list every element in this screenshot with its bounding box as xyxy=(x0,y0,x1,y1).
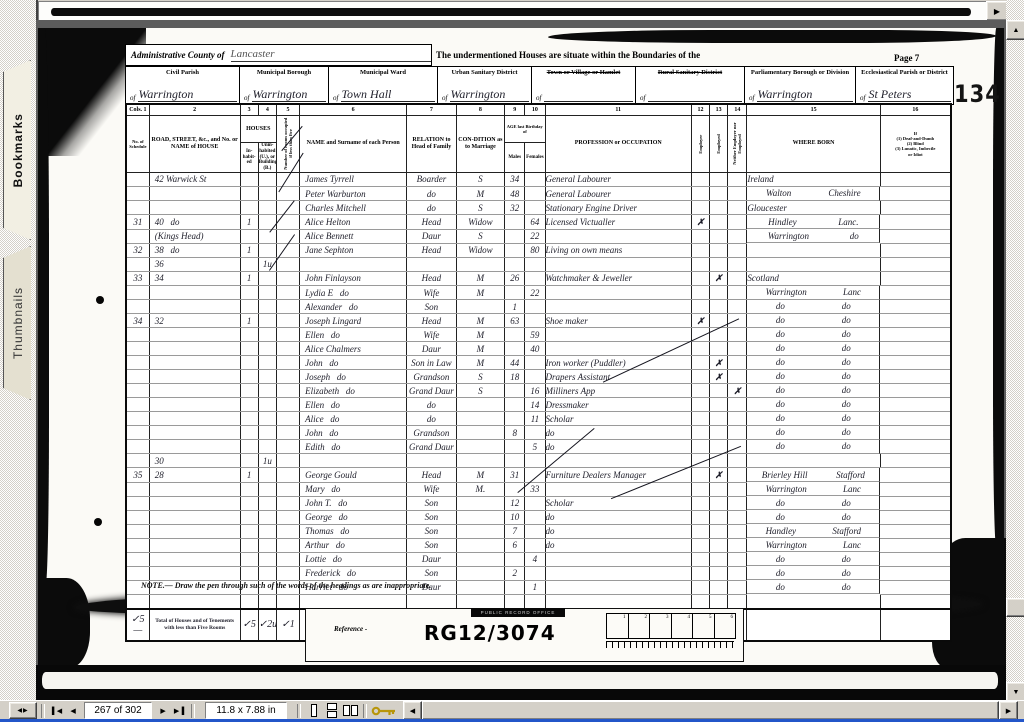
census-row: Alexander doSon1dodo xyxy=(126,300,951,314)
divider xyxy=(191,704,195,718)
census-row: Charles MitchelldoS32Stationary Engine D… xyxy=(126,201,951,215)
public-record-office-bar: PUBLIC RECORD OFFICE xyxy=(471,608,565,617)
ruler-ticks xyxy=(606,641,734,654)
boundary-note: The undermentioned Houses are situate wi… xyxy=(436,50,700,60)
header-employed: Employed xyxy=(710,116,728,173)
tab-bookmarks-label: Bookmarks xyxy=(11,113,25,187)
single-page-view-button[interactable] xyxy=(305,703,323,719)
scroll-right-button[interactable]: ▶ xyxy=(986,1,1008,21)
census-row: Alice ChalmersDaurM40dodo xyxy=(126,342,951,356)
census-row: Peter WarburtondoM48General LabourerWalt… xyxy=(126,186,951,201)
district-box: Parliamentary Borough or DivisionofWarri… xyxy=(745,67,856,104)
header-females: Females xyxy=(525,143,545,173)
district-box: Municipal BoroughofWarrington xyxy=(240,67,329,104)
district-box: Town or Village or Hamletof xyxy=(532,67,636,104)
census-table: Cols. 12345678910111213141516 No. of Sch… xyxy=(125,103,952,642)
census-row: Ellen dodo14Dressmakerdodo xyxy=(126,398,951,412)
first-page-button[interactable]: ▌◀ xyxy=(49,703,65,719)
census-row: 42 Warwick StJames TyrrellBoarderS34Gene… xyxy=(126,172,951,186)
previous-page-button[interactable]: ◀ xyxy=(65,703,81,719)
ruler-cell: 5 xyxy=(693,614,715,638)
header-employer: Employer xyxy=(691,116,709,173)
vertical-scroll-thumb[interactable] xyxy=(1006,598,1024,617)
navigation-sidebar: Bookmarks Thumbnails xyxy=(0,0,38,700)
ruler-cell: 4 xyxy=(672,614,694,638)
census-row: Frederick doSon2dodo xyxy=(126,566,951,580)
security-key-icon xyxy=(371,705,397,717)
next-page-edge xyxy=(36,665,1006,700)
next-page-paper xyxy=(42,672,998,689)
vertical-scrollbar[interactable]: ▲ ▼ xyxy=(1006,20,1024,700)
census-row: Edith doGrand Daur5dododo xyxy=(126,440,951,454)
header-occupation: PROFESSION or OCCUPATION xyxy=(545,116,691,173)
scroll-down-button[interactable]: ▼ xyxy=(1006,682,1024,702)
header-relation: RELATION to Head of Family xyxy=(407,116,456,173)
ruler-cell: 6 xyxy=(715,614,736,638)
divider xyxy=(297,704,301,718)
top-strip: ▶ xyxy=(0,0,1024,20)
census-row: John doGrandson8dododo xyxy=(126,426,951,440)
census-row: Lottie doDaur4dodo xyxy=(126,552,951,566)
ruler-cell: 2 xyxy=(629,614,651,638)
horizontal-scrollbar[interactable]: ◀ ▶ xyxy=(403,702,1018,719)
district-box: Ecclesiastical Parish or DistrictofSt Pe… xyxy=(856,67,953,104)
census-row xyxy=(126,594,951,609)
status-bar: ◀▶ ▌◀ ◀ 267 of 302 ▶ ▶▐ 11.8 x 7.88 in ◀… xyxy=(0,700,1024,720)
continuous-icon xyxy=(327,703,337,718)
header-infirm: If (1) Deaf-and-Dumb (2) Blind (3) Lunat… xyxy=(880,116,951,173)
header-condition: CON-DITION as to Marriage xyxy=(456,116,504,173)
pane-splitter-button[interactable]: ◀▶ xyxy=(9,702,37,719)
census-row: Elizabeth doGrand DaurS16Milliners App✗d… xyxy=(126,384,951,398)
tab-thumbnails-label: Thumbnails xyxy=(11,287,25,359)
census-row: 3238 do1Jane SephtonHeadWidow80Living on… xyxy=(126,243,951,257)
county-value: Lancaster xyxy=(231,48,431,62)
ruler-cell: 1 xyxy=(607,614,629,638)
district-box: Municipal WardofTown Hall xyxy=(329,67,438,104)
header-uninhabited: Unin-habited (U.), or Building (B.) xyxy=(258,143,276,173)
reference-label: Reference - xyxy=(334,625,367,633)
census-row: 361u xyxy=(126,257,951,271)
header-males: Males xyxy=(505,143,525,173)
scrollbar-corner xyxy=(1006,0,1024,20)
census-row: John T. doSon12Scholardodo xyxy=(126,496,951,510)
census-row: Arthur doSon6doWarringtonLanc xyxy=(126,538,951,552)
census-row: Thomas doSon7doHandleyStafford xyxy=(126,524,951,538)
census-row: Lydia E doWifeM22WarringtonLanc xyxy=(126,285,951,300)
administrative-county: Administrative County of Lancaster xyxy=(125,44,432,66)
county-label: Administrative County of xyxy=(131,50,225,60)
hole-punch xyxy=(96,296,104,304)
header-schedule: No. of Schedule xyxy=(126,116,149,173)
continuous-view-button[interactable] xyxy=(323,703,341,719)
reference-number: RG12/3074 xyxy=(424,621,556,645)
census-row: 301u xyxy=(126,454,951,468)
hole-punch xyxy=(94,518,102,526)
census-row: Ellen doWifeM59dodo xyxy=(126,328,951,342)
page-number-label: Page 7 xyxy=(894,53,919,63)
scroll-left-button[interactable]: ◀ xyxy=(403,701,422,720)
header-neither: Neither Employer nor Employed xyxy=(728,116,747,173)
scroll-right-button[interactable]: ▶ xyxy=(999,701,1018,720)
previous-page-edge xyxy=(38,1,987,21)
census-row: Alice dodo11Scholardodo xyxy=(126,412,951,426)
census-row: 34321Joseph LingardHeadM63Shoe maker✗dod… xyxy=(126,314,951,328)
header-age: AGE last Birthday of xyxy=(505,116,545,143)
header-houses: HOUSES xyxy=(240,116,276,143)
next-page-button[interactable]: ▶ xyxy=(155,703,171,719)
horizontal-scroll-thumb[interactable] xyxy=(422,701,999,720)
census-row: John doSon in LawM44Iron worker (Puddler… xyxy=(126,356,951,370)
scroll-up-button[interactable]: ▲ xyxy=(1006,20,1024,40)
scan-border-bottom-left xyxy=(38,578,90,668)
continuous-facing-view-button[interactable] xyxy=(341,703,359,719)
document-pane: Administrative County of Lancaster The u… xyxy=(36,20,1006,700)
header-name: NAME and Surname of each Person xyxy=(300,116,407,173)
page-indicator[interactable]: 267 of 302 xyxy=(84,702,152,719)
last-page-button[interactable]: ▶▐ xyxy=(171,703,187,719)
tab-thumbnails[interactable]: Thumbnails xyxy=(3,246,31,400)
single-page-icon xyxy=(311,704,317,717)
header-road: ROAD, STREET, &c., and No. or NAME of HO… xyxy=(149,116,240,173)
column-numbers-row: Cols. 12345678910111213141516 xyxy=(126,104,951,116)
page-size-indicator: 11.8 x 7.88 in xyxy=(205,702,287,719)
folio-stamp: 134 xyxy=(954,80,1001,108)
census-row: (Kings Head)Alice BennettDaurS22Warringt… xyxy=(126,229,951,243)
divider xyxy=(363,704,367,718)
census-row: 33341John FinlaysonHeadM26Watchmaker & J… xyxy=(126,271,951,285)
census-row: George doSon10dododo xyxy=(126,510,951,524)
district-box: Rural Sanitary Districtof xyxy=(636,67,745,104)
census-row: Mary doWifeM.33WarringtonLanc xyxy=(126,482,951,496)
reference-strip: PUBLIC RECORD OFFICE Reference - RG12/30… xyxy=(305,608,744,662)
tab-bookmarks[interactable]: Bookmarks xyxy=(3,60,31,240)
scan-border-left xyxy=(38,28,49,584)
district-box: Civil ParishofWarrington xyxy=(126,67,240,104)
census-row: Joseph doGrandsonS18Drapers Assistant✗do… xyxy=(126,370,951,384)
ruler-boxes: 123456 xyxy=(606,613,736,639)
form-footnote: NOTE.— Draw the pen through such of the … xyxy=(141,581,431,590)
continuous-facing-icon xyxy=(343,705,358,716)
divider xyxy=(41,704,45,718)
header-inhabited: In-habit-ed xyxy=(240,143,258,173)
header-born: WHERE BORN xyxy=(747,116,880,173)
district-header-row: Civil ParishofWarringtonMunicipal Boroug… xyxy=(125,66,954,105)
ruler-cell: 3 xyxy=(650,614,672,638)
district-box: Urban Sanitary DistrictofWarrington xyxy=(438,67,532,104)
scan-border-top xyxy=(548,30,996,43)
previous-page-scan-bar xyxy=(51,8,971,16)
census-row: 3140 do1Alice HeltonHeadWidow64Licensed … xyxy=(126,215,951,230)
